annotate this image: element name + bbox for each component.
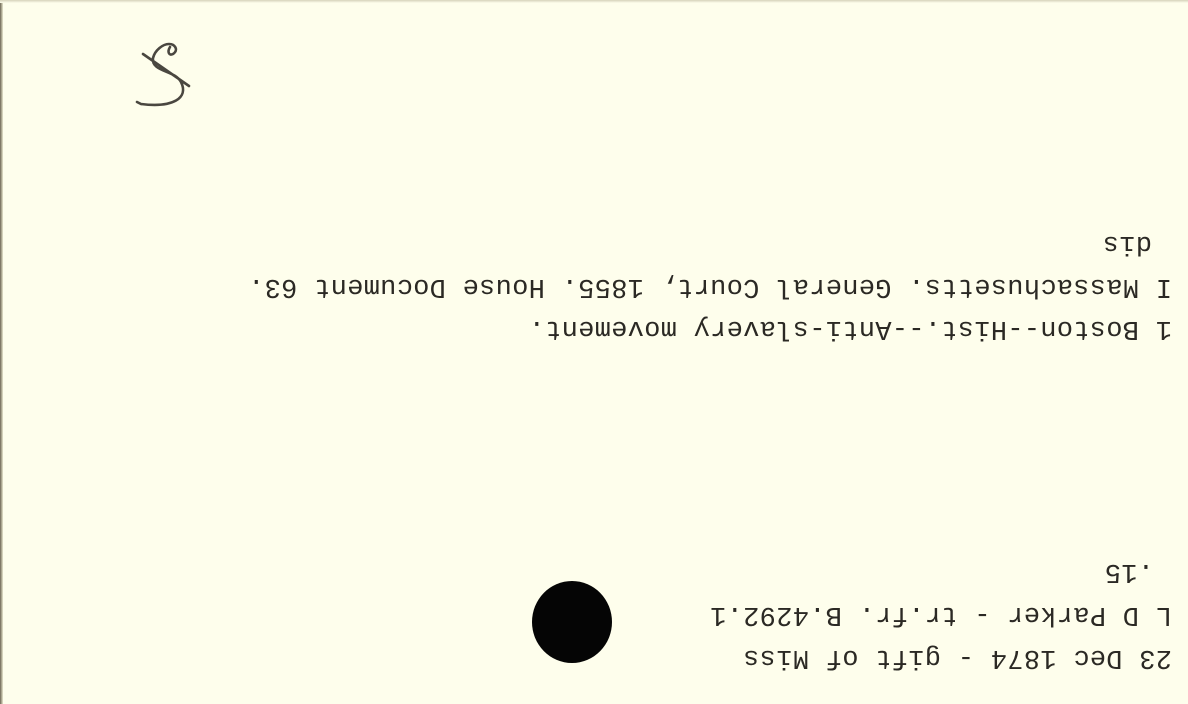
handwritten-s-mark	[123, 36, 203, 116]
tracing-added-entry: I Massachusetts. General Court, 1855. Ho…	[248, 272, 1172, 299]
catalog-card: 23 Dec 1874 - gift of Miss L D Parker - …	[0, 0, 1188, 704]
card-edge-shade	[0, 0, 1188, 3]
accession-donor-line: L D Parker - tr.fr. B.4292.1	[710, 600, 1172, 627]
note-dis: dis	[1102, 229, 1152, 256]
punch-hole	[532, 581, 612, 663]
accession-price: .15	[1104, 557, 1154, 584]
tracing-subject: 1 Boston--Hist.--Anti-slavery movement.	[528, 314, 1172, 341]
card-edge-shadow	[0, 0, 3, 704]
accession-date-line: 23 Dec 1874 - gift of Miss	[743, 643, 1172, 670]
